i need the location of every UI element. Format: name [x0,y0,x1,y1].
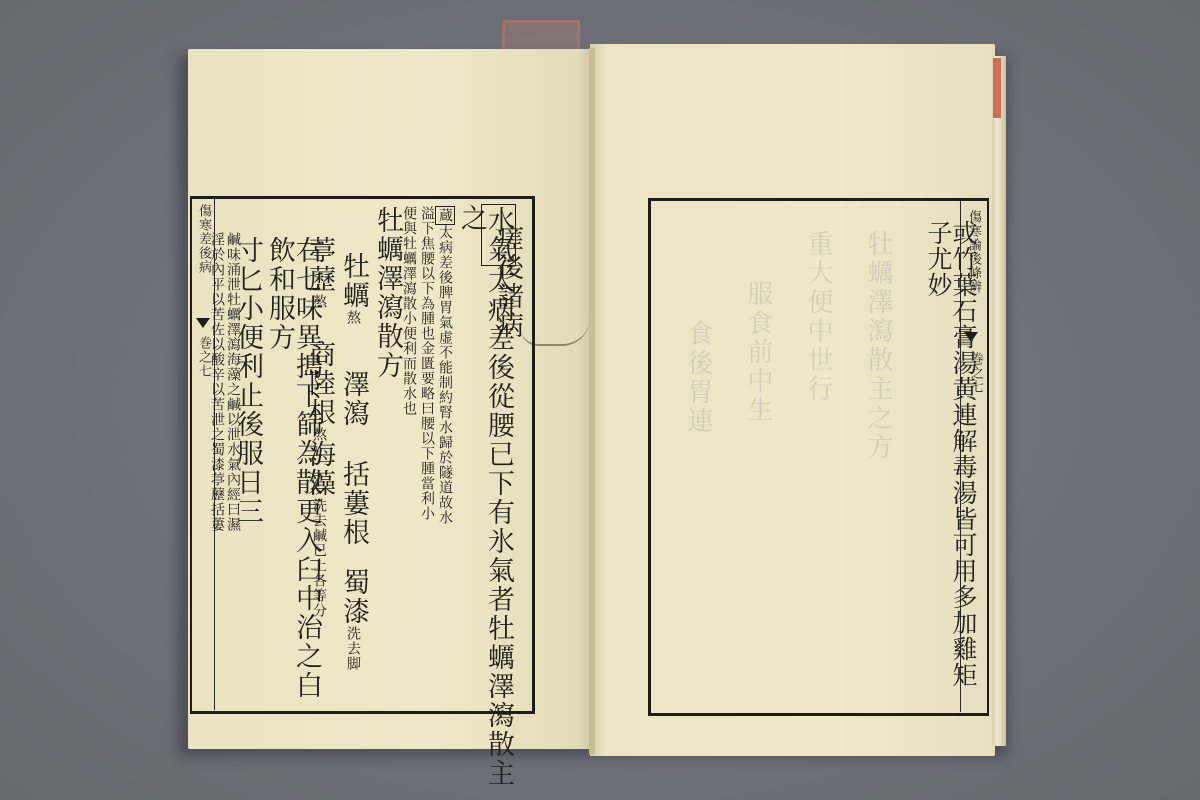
book-gutter [589,48,595,754]
ingredient-蜀漆: 蜀漆洗去脚 [340,568,367,671]
commentary-line: 溢下焦腰以下為腫也金匱要略曰腰以下腫當利小 [420,206,434,706]
commentary-line: 便與牡蠣澤瀉散小便利而散水也 [402,206,416,706]
ingredient-牡蠣: 牡蠣熬 [340,252,367,325]
formula-title: 牡蠣澤瀉散方 [374,206,401,380]
main-text: 太病差後從腰已下有氷氣者牡蠣澤瀉散主之 [456,204,514,788]
commentary-label-box: 蔵 [435,206,455,225]
text-line: 水氣太病差後從腰已下有氷氣者牡蠣澤瀉散主之 [458,204,512,800]
preparation-line: 右七味異搗下篩為散更入臼中治之白飲和服方 [266,236,320,706]
red-edge-mark [993,58,1001,118]
page-stack-edge [992,56,1006,746]
commentary-line: 鹹味涌泄牡蠣澤瀉海藻之鹹以泄水氣內經曰濕 [226,232,240,702]
fishtail-mark [196,318,210,328]
commentary-line: 蔵太病差後脾胃氣虚不能制約腎水歸於隧道故水 [438,206,452,706]
text-line: 或竹葉石膏湯黄連解毒湯皆可用多加雞矩子尤妙 [926,220,976,710]
ingredient-澤瀉: 澤瀉 [340,370,367,428]
commentary-text: 太病差後脾胃氣虚不能制約腎水歸於隧道故水 [437,225,453,525]
commentary-line: 淫於內平以苦佐以酸辛以苦泄之蜀漆葶藶括蔞 [210,232,224,702]
ingredient-括蔞根: 括蔞根 [340,460,367,547]
